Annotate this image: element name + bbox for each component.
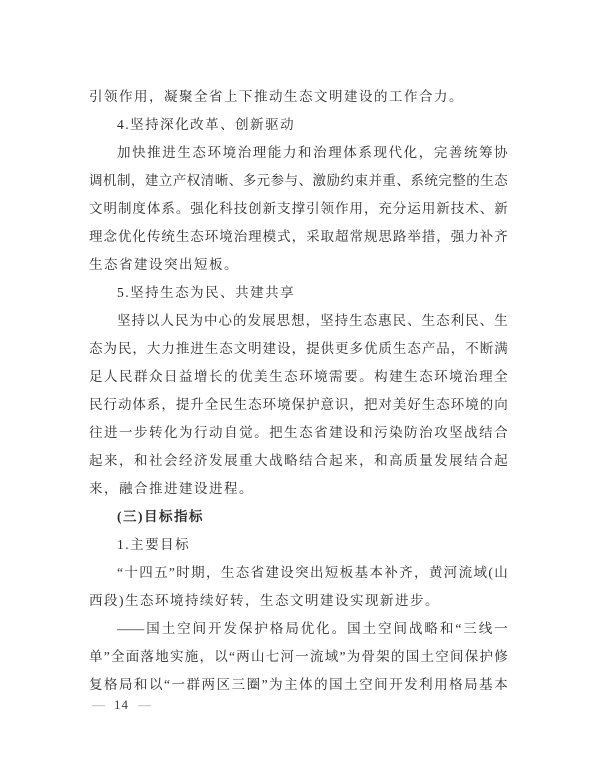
text-line: 调机制，建立产权清晰、多元参与、激励约束并重、系统完整的生态 <box>89 167 508 195</box>
text-line: 往进一步转化为行动自觉。把生态省建设和污染防治攻坚战结合 <box>89 419 508 447</box>
text-line: 足人民群众日益增长的优美生态环境需要。构建生态环境治理全 <box>89 363 508 391</box>
document-page: 引领作用，凝聚全省上下推动生态文明建设的工作合力。4.坚持深化改革、创新驱动加快… <box>0 0 600 781</box>
text-line: 5.坚持生态为民、共建共享 <box>89 279 508 307</box>
text-block: 引领作用，凝聚全省上下推动生态文明建设的工作合力。4.坚持深化改革、创新驱动加快… <box>89 83 508 699</box>
text-line: 1.主要目标 <box>89 531 508 559</box>
footer-dash-right: — <box>138 697 151 712</box>
text-line: 加快推进生态环境治理能力和治理体系现代化，完善统筹协 <box>89 139 508 167</box>
footer-dash-left: — <box>92 697 105 712</box>
text-line: 复格局和以“一群两区三圈”为主体的国土空间开发利用格局基本 <box>89 671 508 699</box>
text-line: 文明制度体系。强化科技创新支撑引领作用，充分运用新技术、新 <box>89 195 508 223</box>
text-line: 生态省建设突出短板。 <box>89 251 508 279</box>
page-footer: —14— <box>92 691 151 719</box>
text-line: 坚持以人民为中心的发展思想，坚持生态惠民、生态利民、生 <box>89 307 508 335</box>
page-number: 14 <box>114 697 129 712</box>
text-line: 理念优化传统生态环境治理模式，采取超常规思路举措，强力补齐 <box>89 223 508 251</box>
text-line: 态为民，大力推进生态文明建设，提供更多优质生态产品，不断满 <box>89 335 508 363</box>
text-line: 来，融合推进建设进程。 <box>89 475 508 503</box>
text-line: 单”全面落地实施，以“两山七河一流域”为骨架的国土空间保护修 <box>89 643 508 671</box>
text-line: 民行动体系，提升全民生态环境保护意识，把对美好生态环境的向 <box>89 391 508 419</box>
text-line: 西段)生态环境持续好转，生态文明建设实现新进步。 <box>89 587 508 615</box>
text-line: 起来，和社会经济发展重大战略结合起来，和高质量发展结合起 <box>89 447 508 475</box>
text-line: (三)目标指标 <box>89 503 508 531</box>
text-line: 4.坚持深化改革、创新驱动 <box>89 111 508 139</box>
text-line: 引领作用，凝聚全省上下推动生态文明建设的工作合力。 <box>89 83 508 111</box>
text-line: ——国土空间开发保护格局优化。国土空间战略和“三线一 <box>89 615 508 643</box>
text-line: “十四五”时期，生态省建设突出短板基本补齐，黄河流域(山 <box>89 559 508 587</box>
